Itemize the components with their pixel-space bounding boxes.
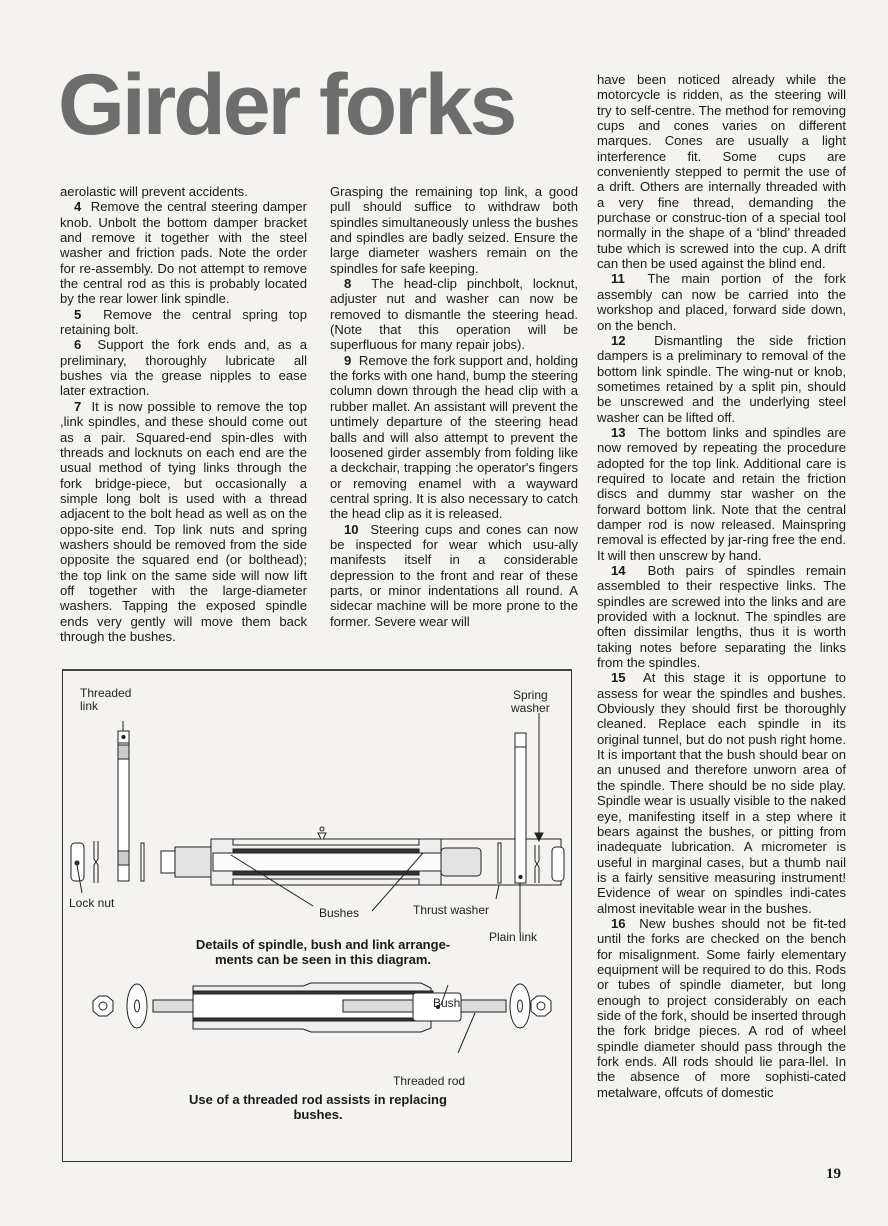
paragraph-text: Grasping the remaining top link, a good … (330, 184, 578, 276)
step-number: 15 (611, 670, 626, 685)
paragraph-text: Remove the central steering damper knob.… (60, 199, 307, 306)
step-number: 6 (74, 337, 81, 352)
step-number: 12 (611, 333, 626, 348)
paragraph: 15 At this stage it is opportune to asse… (597, 670, 846, 916)
paragraph: 13 The bottom links and spindles are now… (597, 425, 846, 563)
step-number: 4 (74, 199, 81, 214)
paragraph: 8 The head-clip pinchbolt, locknut, adju… (330, 276, 578, 353)
paragraph: 10 Steering cups and cones can now be in… (330, 522, 578, 629)
paragraph-text: Support the fork ends and, as a prelimin… (60, 337, 307, 398)
paragraph: 4 Remove the central steering damper kno… (60, 199, 307, 306)
step-number: 10 (344, 522, 359, 537)
paragraph: 6 Support the fork ends and, as a prelim… (60, 337, 307, 398)
paragraph-text: New bushes should not be fit-ted until t… (597, 916, 846, 1100)
step-number: 5 (74, 307, 81, 322)
label-bush: Bush (433, 997, 460, 1010)
paragraph-text: Remove the fork support and, holding the… (330, 353, 578, 521)
paragraph-text: It is now possible to remove the top ,li… (60, 399, 307, 644)
paragraph-text: Both pairs of spindles remain assembled … (597, 563, 846, 670)
step-number: 11 (611, 271, 625, 286)
figure-box: Threaded link Spring washer Lock nut Bus… (62, 669, 572, 1162)
text-column-2: Grasping the remaining top link, a good … (330, 184, 578, 629)
paragraph-text: The head-clip pinchbolt, locknut, adjust… (330, 276, 578, 352)
paragraph: 5 Remove the central spring top retainin… (60, 307, 307, 338)
paragraph: 16 New bushes should not be fit-ted unti… (597, 916, 846, 1100)
label-threaded-link: Threaded link (80, 687, 131, 713)
step-number: 14 (611, 563, 626, 578)
label-lock-nut: Lock nut (69, 897, 114, 910)
paragraph: 11 The main portion of the fork assembly… (597, 271, 846, 332)
paragraph: Grasping the remaining top link, a good … (330, 184, 578, 276)
paragraph: 9 Remove the fork support and, holding t… (330, 353, 578, 522)
paragraph-text: Steering cups and cones can now be inspe… (330, 522, 578, 629)
paragraph-text: At this stage it is opportune to assess … (597, 670, 846, 915)
page-title: Girder forks (58, 62, 514, 148)
paragraph: 12 Dismantling the side friction dampers… (597, 333, 846, 425)
step-number: 16 (611, 916, 626, 931)
figure1-caption: Details of spindle, bush and link arrang… (178, 937, 468, 967)
paragraph-text: The main portion of the fork assembly ca… (597, 271, 846, 332)
page-number: 19 (826, 1166, 841, 1183)
step-number: 7 (74, 399, 81, 414)
paragraph-text: The bottom links and spindles are now re… (597, 425, 846, 563)
text-column-3: have been noticed already while the moto… (597, 72, 846, 1100)
label-spring-washer: Spring washer (511, 689, 550, 715)
label-thrust-washer: Thrust washer (413, 904, 489, 917)
paragraph-text: aerolastic will prevent accidents. (60, 184, 248, 199)
label-plain-link: Plain link (489, 931, 537, 944)
paragraph-text: have been noticed already while the moto… (597, 72, 846, 271)
figure2-caption: Use of a threaded rod assists in replaci… (173, 1092, 463, 1122)
label-bushes: Bushes (319, 907, 359, 920)
paragraph: 14 Both pairs of spindles remain assembl… (597, 563, 846, 670)
paragraph: have been noticed already while the moto… (597, 72, 846, 271)
paragraph: aerolastic will prevent accidents. (60, 184, 307, 199)
label-threaded-rod: Threaded rod (393, 1075, 465, 1088)
text-column-1: aerolastic will prevent accidents.4 Remo… (60, 184, 307, 644)
step-number: 13 (611, 425, 626, 440)
paragraph-text: Remove the central spring top retaining … (60, 307, 307, 337)
paragraph: 7 It is now possible to remove the top ,… (60, 399, 307, 645)
paragraph-text: Dismantling the side friction dampers is… (597, 333, 846, 425)
step-number: 9 (344, 353, 351, 368)
step-number: 8 (344, 276, 351, 291)
spindle-bush-link-diagram (63, 671, 571, 1161)
